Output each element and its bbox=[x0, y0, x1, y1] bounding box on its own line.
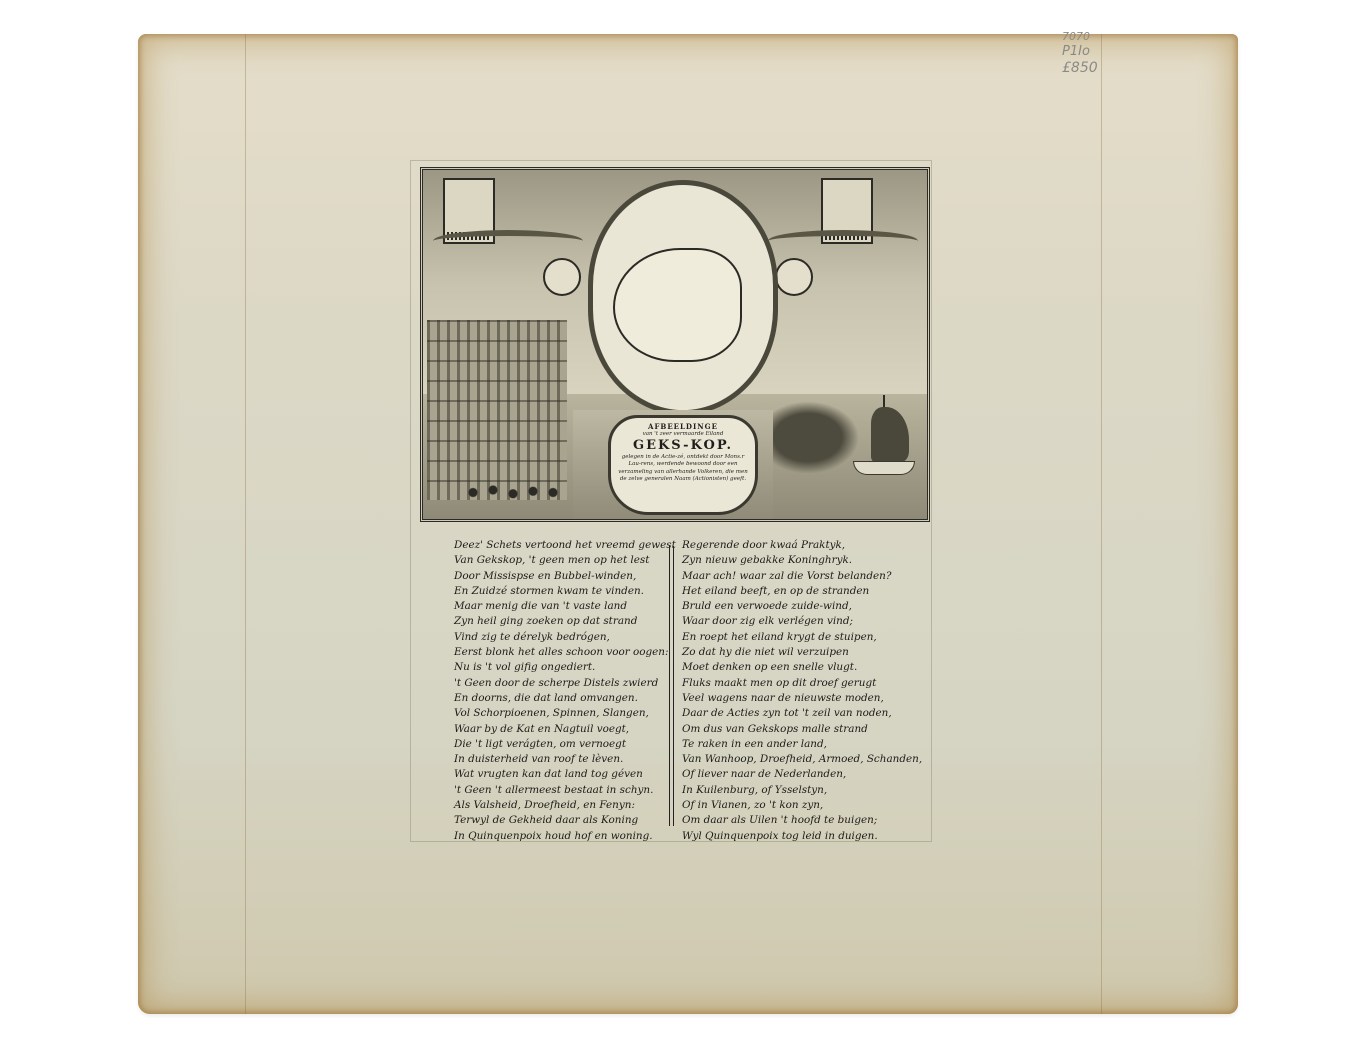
cat-medallion-icon bbox=[775, 258, 813, 296]
poem-line: Of in Vianen, zo 't kon zyn, bbox=[682, 798, 922, 813]
poem-line: Om daar als Uilen 't hoofd te buigen; bbox=[682, 813, 922, 828]
title-line-1: AFBEELDINGE bbox=[611, 422, 755, 431]
engraving-image: AFBEELDINGE van 't zeer vermaarde Eiland… bbox=[420, 167, 930, 522]
street-buildings bbox=[427, 320, 567, 500]
poem-line: Als Valsheid, Droefheid, en Fenyn: bbox=[454, 798, 694, 813]
poem-line: Daar de Acties zyn tot 't zeil van noden… bbox=[682, 706, 922, 721]
poem-line: Door Missispse en Bubbel-winden, bbox=[454, 569, 694, 584]
poem-line: Het eiland beeft, en op de stranden bbox=[682, 584, 922, 599]
title-main: GEKS-KOP. bbox=[611, 438, 755, 453]
poem-line: Maar menig die van 't vaste land bbox=[454, 599, 694, 614]
poem-line: Wyl Quinquenpoix tog leid in duigen. bbox=[682, 829, 922, 844]
poem-line: Veel wagens naar de nieuwste moden, bbox=[682, 691, 922, 706]
poem-line: En Zuidzé stormen kwam te vinden. bbox=[454, 584, 694, 599]
poem-line: Waar by de Kat en Nagtuil voegt, bbox=[454, 722, 694, 737]
poem-line: Nu is 't vol gifig ongediert. bbox=[454, 660, 694, 675]
pencil-note-price: £850 bbox=[1062, 60, 1098, 78]
pencil-note-number: 7070 bbox=[1062, 30, 1098, 44]
poem-line: In Quinquenpoix houd hof en woning. bbox=[454, 829, 694, 844]
poem-line: En roept het eiland krygt de stuipen, bbox=[682, 630, 922, 645]
poem-line: In Kuilenburg, of Ysselstyn, bbox=[682, 783, 922, 798]
poem-line: Bruld een verwoede zuide-wind, bbox=[682, 599, 922, 614]
poem-line: 't Geen 't allermeest bestaat in schyn. bbox=[454, 783, 694, 798]
poem-line: Deez' Schets vertoond het vreemd gewest bbox=[454, 538, 694, 553]
garland-left bbox=[433, 230, 583, 252]
owl-medallion-icon bbox=[543, 258, 581, 296]
sail-wagon bbox=[853, 395, 913, 485]
poem-line: Vol Schorpioenen, Spinnen, Slangen, bbox=[454, 706, 694, 721]
fold-line-left bbox=[245, 34, 246, 1014]
poem-line: Maar ach! waar zal die Vorst belanden? bbox=[682, 569, 922, 584]
poem-line: En doorns, die dat land omvangen. bbox=[454, 691, 694, 706]
title-line-2: van 't zeer vermaarde Eiland bbox=[611, 431, 755, 437]
poem-line: Van Gekskop, 't geen men op het lest bbox=[454, 553, 694, 568]
poem-line: Vind zig te dérelyk bedrógen, bbox=[454, 630, 694, 645]
fold-line-right bbox=[1101, 34, 1102, 1014]
poem-line: Terwyl de Gekheid daar als Koning bbox=[454, 813, 694, 828]
poem-line: Om dus van Gekskops malle strand bbox=[682, 722, 922, 737]
poem-line: Waar door zig elk verlégen vind; bbox=[682, 614, 922, 629]
poem-line: Fluks maakt men op dit droef gerugt bbox=[682, 676, 922, 691]
poem-left-column: Deez' Schets vertoond het vreemd gewest … bbox=[454, 538, 694, 844]
poem-line: In duisterheid van roof te lèven. bbox=[454, 752, 694, 767]
poem-line: 't Geen door de scherpe Distels zwierd bbox=[454, 676, 694, 691]
pencil-note-code: P1Io bbox=[1062, 44, 1098, 60]
title-body: gelegen in de Actie-zé, ontdekt door Mon… bbox=[611, 454, 755, 484]
column-divider bbox=[669, 546, 674, 826]
poem-line: Van Wanhoop, Droefheid, Armoed, Schanden… bbox=[682, 752, 922, 767]
poem-line: Of liever naar de Nederlanden, bbox=[682, 767, 922, 782]
poem-line: Zyn nieuw gebakke Koninghryk. bbox=[682, 553, 922, 568]
poem-line: Te raken in een ander land, bbox=[682, 737, 922, 752]
poem: Deez' Schets vertoond het vreemd gewest … bbox=[426, 538, 926, 828]
head-shaped-island-map bbox=[613, 248, 742, 362]
poem-line: Wat vrugten kan dat land tog géven bbox=[454, 767, 694, 782]
title-cartouche: AFBEELDINGE van 't zeer vermaarde Eiland… bbox=[608, 415, 758, 515]
pencil-annotation: 7070 P1Io £850 bbox=[1062, 30, 1098, 78]
poem-line: Die 't ligt verágten, om vernoegt bbox=[454, 737, 694, 752]
poem-line: Regerende door kwaá Praktyk, bbox=[682, 538, 922, 553]
crowd-figures bbox=[463, 480, 563, 505]
poem-right-column: Regerende door kwaá Praktyk, Zyn nieuw g… bbox=[682, 538, 922, 844]
poem-line: Zo dat hy die niet wil verzuipen bbox=[682, 645, 922, 660]
poem-line: Eerst blonk het alles schoon voor oogen: bbox=[454, 645, 694, 660]
poem-line: Zyn heil ging zoeken op dat strand bbox=[454, 614, 694, 629]
poem-line: Moet denken op een snelle vlugt. bbox=[682, 660, 922, 675]
garland-right bbox=[768, 230, 918, 252]
